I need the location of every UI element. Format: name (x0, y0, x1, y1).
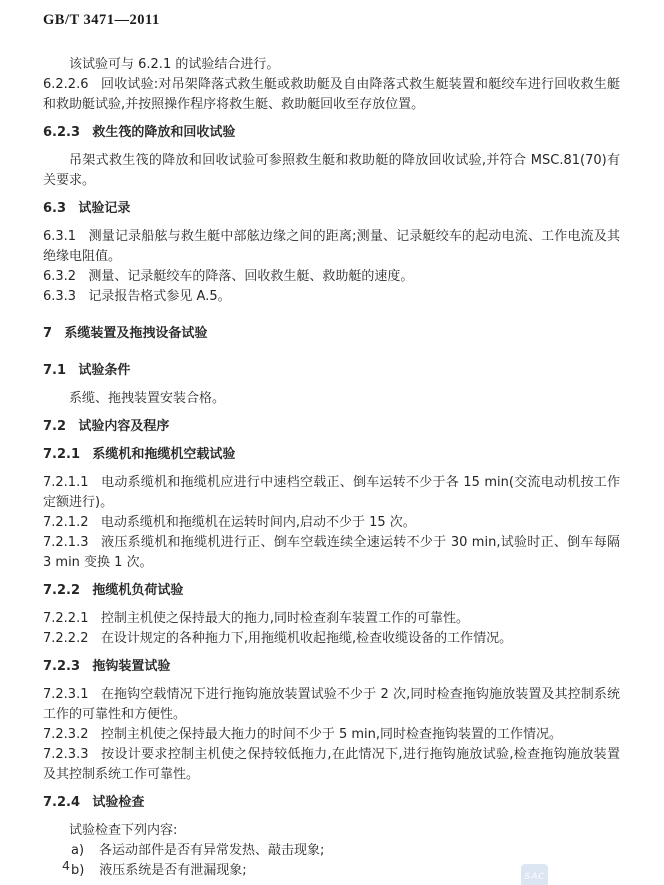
chapter-heading: 7系缆装置及拖拽设备试验 (43, 324, 620, 344)
clause-text: 试验条件 (78, 363, 130, 378)
clause-number: 7.2.3.1 (43, 687, 88, 702)
clause-heading: 7.2.2拖缆机负荷试验 (43, 581, 620, 601)
paragraph: 系缆、拖拽装置安装合格。 (43, 389, 620, 409)
page-number: 4 (62, 858, 70, 873)
clause-text: 试验记录 (78, 201, 130, 216)
clause-number: 7.2.1.1 (43, 475, 88, 490)
clause-number: 7.2 (43, 419, 66, 434)
clause-text: 回收试验:对吊架降落式救生艇或救助艇及自由降落式救生艇装置和艇绞车进行回收救生艇… (43, 77, 620, 112)
paragraph: 7.2.3.3按设计要求控制主机使之保持较低拖力,在此情况下,进行拖钩施放试验,… (43, 745, 620, 785)
standard-number-header: GB/T 3471—2011 (43, 12, 620, 29)
list-marker: b) (71, 863, 84, 878)
clause-text: 在设计规定的各种拖力下,用拖缆机收起拖缆,检查收缆设备的工作情况。 (101, 631, 512, 646)
clause-number: 6.2.2.6 (43, 77, 88, 92)
sac-watermark-logo: SAC (521, 864, 548, 885)
clause-number: 7.1 (43, 363, 66, 378)
clause-text: 系缆机和拖缆机空载试验 (92, 447, 235, 462)
clause-number: 7.2.2.2 (43, 631, 88, 646)
paragraph: 7.2.1.2电动系缆机和拖缆机在运转时间内,启动不少于 15 次。 (43, 513, 620, 533)
clause-heading: 6.2.3救生筏的降放和回收试验 (43, 123, 620, 143)
clause-text: 测量记录船舷与救生艇中部舷边缘之间的距离;测量、记录艇绞车的起动电流、工作电流及… (43, 229, 620, 264)
clause-text: 按设计要求控制主机使之保持较低拖力,在此情况下,进行拖钩施放试验,检查拖钩施放装… (43, 747, 620, 782)
paragraph: 6.3.1测量记录船舷与救生艇中部舷边缘之间的距离;测量、记录艇绞车的起动电流、… (43, 227, 620, 267)
paragraph: 6.2.2.6回收试验:对吊架降落式救生艇或救助艇及自由降落式救生艇装置和艇绞车… (43, 75, 620, 115)
clause-text: 拖钩装置试验 (92, 659, 170, 674)
clause-number: 7.2.1.2 (43, 515, 88, 530)
clause-text: 救生筏的降放和回收试验 (92, 125, 235, 140)
paragraph: 7.2.2.1控制主机使之保持最大的拖力,同时检查刹车装置工作的可靠性。 (43, 609, 620, 629)
clause-text: 液压系缆机和拖缆机进行正、倒车空载连续全速运转不少于 30 min,试验时正、倒… (43, 535, 620, 570)
list-item: a)各运动部件是否有异常发热、敲击现象; (43, 841, 620, 861)
clause-number: 6.3.3 (43, 289, 76, 304)
clause-text: 试验内容及程序 (78, 419, 169, 434)
clause-text: 电动系缆机和拖缆机应进行中速档空载正、倒车运转不少于各 15 min(交流电动机… (43, 475, 620, 510)
clause-text: 该试验可与 6.2.1 的试验结合进行。 (69, 57, 279, 72)
page-content: GB/T 3471—2011 该试验可与 6.2.1 的试验结合进行。6.2.2… (0, 0, 664, 881)
clause-text: 电动系缆机和拖缆机在运转时间内,启动不少于 15 次。 (101, 515, 416, 530)
clause-number: 7.2.3.3 (43, 747, 88, 762)
paragraph: 6.3.3记录报告格式参见 A.5。 (43, 287, 620, 307)
clause-text: 控制主机使之保持最大的拖力,同时检查刹车装置工作的可靠性。 (101, 611, 469, 626)
paragraph: 吊架式救生筏的降放和回收试验可参照救生艇和救助艇的降放回收试验,并符合 MSC.… (43, 151, 620, 191)
clause-text: 系缆装置及拖拽设备试验 (64, 326, 207, 341)
clause-number: 7 (43, 326, 52, 341)
clause-text: 液压系统是否有泄漏现象; (99, 863, 246, 878)
clause-number: 6.2.3 (43, 125, 80, 140)
clause-number: 6.3.2 (43, 269, 76, 284)
clause-number: 7.2.4 (43, 795, 80, 810)
clause-text: 各运动部件是否有异常发热、敲击现象; (99, 843, 324, 858)
document-page: GB/T 3471—2011 该试验可与 6.2.1 的试验结合进行。6.2.2… (0, 0, 664, 885)
paragraph: 7.2.3.2控制主机使之保持最大拖力的时间不少于 5 min,同时检查拖钩装置… (43, 725, 620, 745)
paragraph: 7.2.3.1在拖钩空载情况下进行拖钩施放装置试验不少于 2 次,同时检查拖钩施… (43, 685, 620, 725)
paragraph: 试验检查下列内容: (43, 821, 620, 841)
clause-number: 7.2.1 (43, 447, 80, 462)
clause-text: 测量、记录艇绞车的降落、回收救生艇、救助艇的速度。 (88, 269, 413, 284)
paragraph: 7.2.2.2在设计规定的各种拖力下,用拖缆机收起拖缆,检查收缆设备的工作情况。 (43, 629, 620, 649)
clause-heading: 7.1试验条件 (43, 361, 620, 381)
clause-number: 7.2.1.3 (43, 535, 88, 550)
paragraph: 该试验可与 6.2.1 的试验结合进行。 (43, 55, 620, 75)
clause-text: 记录报告格式参见 A.5。 (88, 289, 230, 304)
clause-text: 控制主机使之保持最大拖力的时间不少于 5 min,同时检查拖钩装置的工作情况。 (101, 727, 562, 742)
list-marker: a) (71, 843, 84, 858)
paragraph: 6.3.2测量、记录艇绞车的降落、回收救生艇、救助艇的速度。 (43, 267, 620, 287)
clause-heading: 7.2.3拖钩装置试验 (43, 657, 620, 677)
clause-number: 7.2.3.2 (43, 727, 88, 742)
paragraph: 7.2.1.1电动系缆机和拖缆机应进行中速档空载正、倒车运转不少于各 15 mi… (43, 473, 620, 513)
clause-text: 试验检查 (92, 795, 144, 810)
clause-heading: 7.2试验内容及程序 (43, 417, 620, 437)
clause-text: 拖缆机负荷试验 (92, 583, 183, 598)
clause-text: 在拖钩空载情况下进行拖钩施放装置试验不少于 2 次,同时检查拖钩施放装置及其控制… (43, 687, 620, 722)
clause-text: 系缆、拖拽装置安装合格。 (69, 391, 225, 406)
paragraph: 7.2.1.3液压系缆机和拖缆机进行正、倒车空载连续全速运转不少于 30 min… (43, 533, 620, 573)
clause-number: 7.2.3 (43, 659, 80, 674)
clause-number: 6.3.1 (43, 229, 76, 244)
clause-number: 6.3 (43, 201, 66, 216)
clause-text: 试验检查下列内容: (69, 823, 177, 838)
document-body: 该试验可与 6.2.1 的试验结合进行。6.2.2.6回收试验:对吊架降落式救生… (43, 55, 620, 881)
clause-heading: 7.2.1系缆机和拖缆机空载试验 (43, 445, 620, 465)
clause-heading: 6.3试验记录 (43, 199, 620, 219)
clause-number: 7.2.2.1 (43, 611, 88, 626)
clause-text: 吊架式救生筏的降放和回收试验可参照救生艇和救助艇的降放回收试验,并符合 MSC.… (43, 153, 620, 188)
clause-heading: 7.2.4试验检查 (43, 793, 620, 813)
clause-number: 7.2.2 (43, 583, 80, 598)
